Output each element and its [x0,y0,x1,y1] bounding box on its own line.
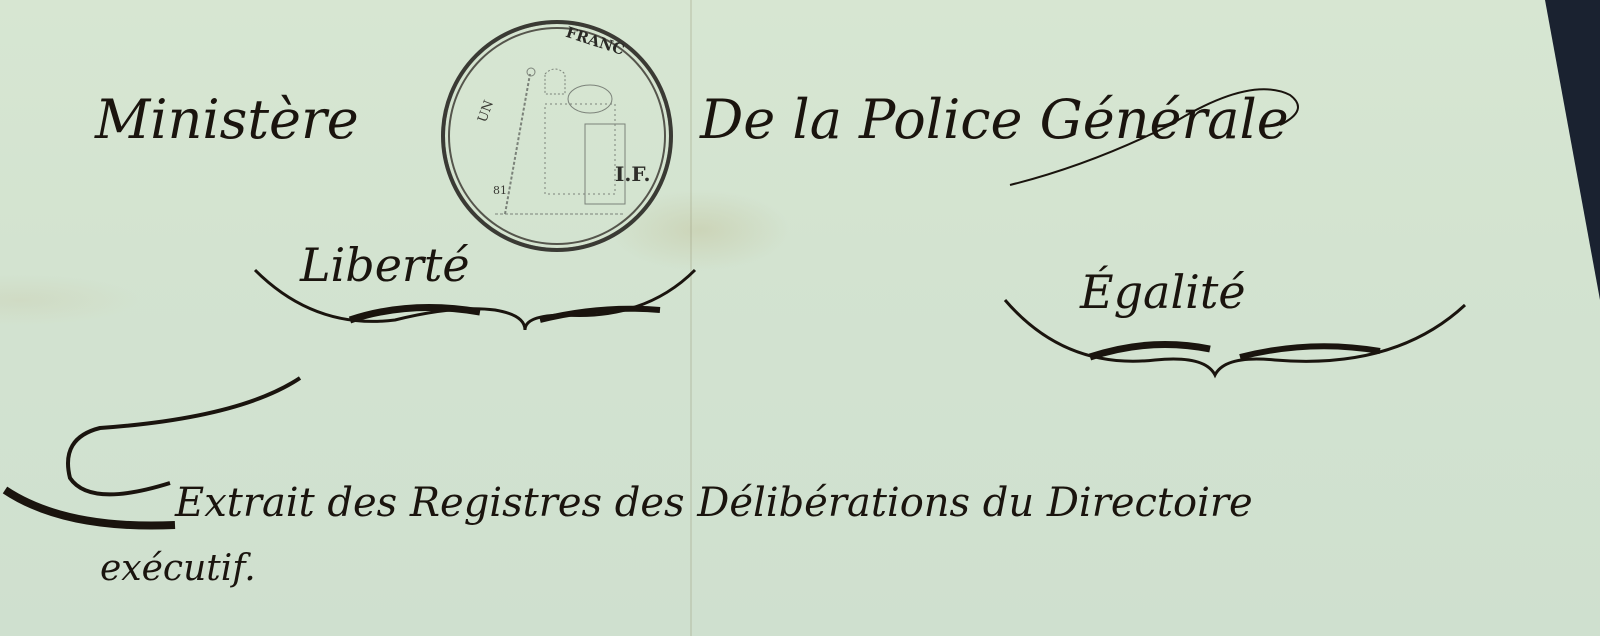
body-line-2: exécutif. [100,548,256,589]
liberte-underline-flourish-icon [250,265,700,345]
one-franc-tax-stamp: FRANC UN I.F. 81 [441,20,673,252]
stamp-text-if: I.F. [615,162,650,186]
stamp-text-number: 81 [493,184,507,197]
police-flourish-icon [1000,60,1310,200]
header-ministere: Ministère [95,88,359,151]
egalite-underline-flourish-icon [1000,295,1470,385]
stamp-figure-icon [485,54,635,224]
body-line-1: Extrait des Registres des Délibérations … [175,480,1253,526]
document-paper: Ministère FRANC UN I.F. 81 De la Police … [0,0,1600,636]
